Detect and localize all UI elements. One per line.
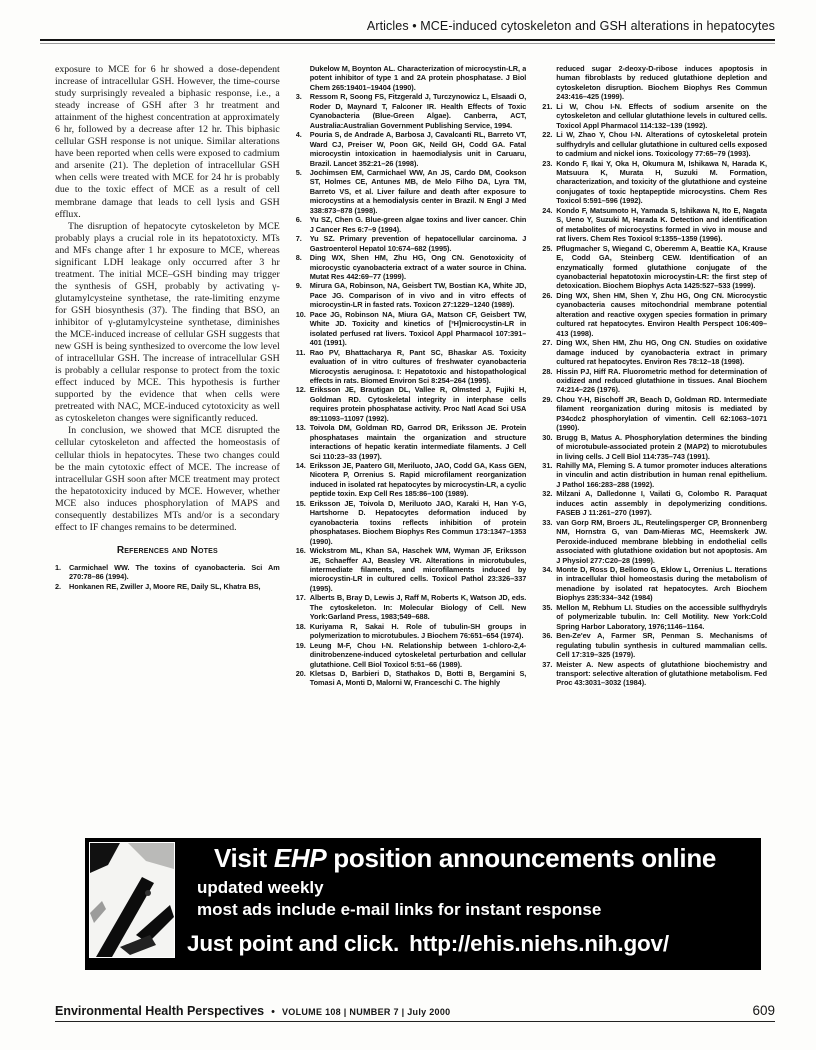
reference-text: Leung M-F, Chou I-N. Relationship betwee… — [310, 641, 527, 669]
reference-number: 14. — [296, 461, 310, 499]
page-number: 609 — [752, 1003, 775, 1018]
reference-text: Milzani A, Dalledonne I, Vailati G, Colo… — [556, 489, 767, 517]
pen-photo — [90, 843, 174, 957]
reference-number: 32. — [542, 489, 556, 517]
reference-item: 17. Alberts B, Bray D, Lewis J, Raff M, … — [296, 593, 527, 621]
header-rule-shadow — [40, 43, 775, 44]
reference-number: 21. — [542, 102, 556, 130]
reference-text: Yu SZ. Primary prevention of hepatocellu… — [310, 234, 527, 253]
reference-number: 2. — [55, 582, 69, 591]
reference-item: 13. Toivola DM, Goldman RD, Garrod DR, E… — [296, 423, 527, 461]
reference-number: 27. — [542, 338, 556, 366]
reference-item: 27. Ding WX, Shen HM, Zhu HG, Ong CN. St… — [542, 338, 767, 366]
reference-item: 32. Milzani A, Dalledonne I, Vailati G, … — [542, 489, 767, 517]
reference-number: 30. — [542, 433, 556, 461]
reference-text: Li W, Zhao Y, Chou I-N. Alterations of c… — [556, 130, 767, 158]
footer-rule — [55, 1021, 775, 1022]
reference-item: 7. Yu SZ. Primary prevention of hepatoce… — [296, 234, 527, 253]
reference-text: Kondo F, Matsumoto H, Yamada S, Ishikawa… — [556, 206, 767, 244]
ad-headline-pre: Visit — [214, 843, 274, 873]
reference-number: 24. — [542, 206, 556, 244]
reference-number: 28. — [542, 367, 556, 395]
reference-item: 3. Ressom R, Soong FS, Fitzgerald J, Tur… — [296, 92, 527, 130]
reference-text: Ding WX, Shen HM, Shen Y, Zhu HG, Ong CN… — [556, 291, 767, 338]
reference-item: 29. Chou Y-H, Bischoff JR, Beach D, Gold… — [542, 395, 767, 433]
reference-text: Honkanen RE, Zwiller J, Moore RE, Daily … — [69, 582, 280, 591]
reference-text: Pouria S, de Andrade A, Barbosa J, Caval… — [310, 130, 527, 168]
reference-text: Carmichael WW. The toxins of cyanobacter… — [69, 563, 280, 582]
reference-item: 10. Pace JG, Robinson NA, Miura GA, Mats… — [296, 310, 527, 348]
reference-item: 18. Kuriyama R, Sakai H. Role of tubulin… — [296, 622, 527, 641]
reference-number: 10. — [296, 310, 310, 348]
ad-url: http://ehis.niehs.nih.gov/ — [409, 931, 669, 956]
body-paragraph: exposure to MCE for 6 hr showed a dose-d… — [55, 64, 280, 221]
reference-item: 19. Leung M-F, Chou I-N. Relationship be… — [296, 641, 527, 669]
reference-number: 8. — [296, 253, 310, 281]
reference-text: Rao PV, Bhattacharya R, Pant SC, Bhaskar… — [310, 348, 527, 386]
reference-text: Chou Y-H, Bischoff JR, Beach D, Goldman … — [556, 395, 767, 433]
reference-item: 33. van Gorp RM, Broers JL, Reutelingspe… — [542, 518, 767, 565]
reference-item: 23. Kondo F, Ikai Y, Oka H, Okumura M, I… — [542, 159, 767, 206]
ad-subline-2: most ads include e-mail links for instan… — [197, 900, 601, 920]
reference-number: 31. — [542, 461, 556, 489]
reference-item: 4. Pouria S, de Andrade A, Barbosa J, Ca… — [296, 130, 527, 168]
reference-number: 13. — [296, 423, 310, 461]
ad-headline-ehp: EHP — [274, 843, 327, 873]
reference-number — [542, 64, 556, 102]
reference-item: 6. Yu SZ, Chen G. Blue-green algae toxin… — [296, 215, 527, 234]
reference-text: Wickstrom ML, Khan SA, Haschek WM, Wyman… — [310, 546, 527, 593]
reference-text: Ben-Ze'ev A, Farmer SR, Penman S. Mechan… — [556, 631, 767, 659]
reference-number: 37. — [542, 660, 556, 688]
reference-number: 19. — [296, 641, 310, 669]
reference-number: 29. — [542, 395, 556, 433]
reference-text: Li W, Chou I-N. Effects of sodium arseni… — [556, 102, 767, 130]
reference-number: 26. — [542, 291, 556, 338]
reference-text: Kondo F, Ikai Y, Oka H, Okumura M, Ishik… — [556, 159, 767, 206]
journal-name: Environmental Health Perspectives — [55, 1004, 264, 1018]
body-paragraph: In conclusion, we showed that MCE disrup… — [55, 425, 280, 533]
reference-item: 21. Li W, Chou I-N. Effects of sodium ar… — [542, 102, 767, 130]
reference-item: 11. Rao PV, Bhattacharya R, Pant SC, Bha… — [296, 348, 527, 386]
reference-number: 36. — [542, 631, 556, 659]
reference-item: 20. Kletsas D, Barbieri D, Stathakos D, … — [296, 669, 527, 688]
reference-item: 25. Pflugmacher S, Wiegand C, Oberemm A,… — [542, 244, 767, 291]
reference-number: 3. — [296, 92, 310, 130]
reference-number: 20. — [296, 669, 310, 688]
header-rule — [40, 39, 775, 41]
reference-text: Ressom R, Soong FS, Fitzgerald J, Turczy… — [310, 92, 527, 130]
body-column: exposure to MCE for 6 hr showed a dose-d… — [55, 64, 280, 591]
reference-number: 34. — [542, 565, 556, 603]
reference-text: Pace JG, Robinson NA, Miura GA, Matson C… — [310, 310, 527, 348]
reference-number: 15. — [296, 499, 310, 546]
reference-number: 11. — [296, 348, 310, 386]
reference-item: 14. Eriksson JE, Paatero GII, Meriluoto,… — [296, 461, 527, 499]
reference-item: 22. Li W, Zhao Y, Chou I-N. Alterations … — [542, 130, 767, 158]
running-head: Articles • MCE-induced cytoskeleton and … — [40, 19, 775, 33]
reference-item: 8. Ding WX, Shen HM, Zhu HG, Ong CN. Gen… — [296, 253, 527, 281]
page-footer: Environmental Health Perspectives • VOLU… — [55, 1003, 775, 1022]
reference-number: 7. — [296, 234, 310, 253]
reference-item: 9. Mirura GA, Robinson, NA, Geisbert TW,… — [296, 281, 527, 309]
reference-text: Dukelow M, Boynton AL. Characterization … — [310, 64, 527, 92]
reference-number: 23. — [542, 159, 556, 206]
reference-number: 12. — [296, 385, 310, 423]
reference-item: 2. Honkanen RE, Zwiller J, Moore RE, Dai… — [55, 582, 280, 591]
reference-item: 28. Hissin PJ, Hiff RA. Fluorometric met… — [542, 367, 767, 395]
reference-text: Eriksson JE, Brautigan DL, Vallee R, Olm… — [310, 385, 527, 423]
reference-text: Alberts B, Bray D, Lewis J, Raff M, Robe… — [310, 593, 527, 621]
reference-text: Eriksson JE, Toivola D, Meriluoto JAO, K… — [310, 499, 527, 546]
ad-cta-line: Just point and click.http://ehis.niehs.n… — [187, 931, 669, 957]
reference-item: 36. Ben-Ze'ev A, Farmer SR, Penman S. Me… — [542, 631, 767, 659]
reference-item: Dukelow M, Boynton AL. Characterization … — [296, 64, 527, 92]
references-heading: References and Notes — [55, 545, 280, 556]
reference-item: 30. Brugg B, Matus A. Phosphorylation de… — [542, 433, 767, 461]
reference-number: 17. — [296, 593, 310, 621]
reference-number: 1. — [55, 563, 69, 582]
reference-text: Brugg B, Matus A. Phosphorylation determ… — [556, 433, 767, 461]
journal-page: Articles • MCE-induced cytoskeleton and … — [0, 0, 816, 1050]
reference-number: 33. — [542, 518, 556, 565]
reference-text: Pflugmacher S, Wiegand C, Oberemm A, Bea… — [556, 244, 767, 291]
body-text: exposure to MCE for 6 hr showed a dose-d… — [55, 64, 280, 534]
reference-text: Mirura GA, Robinson, NA, Geisbert TW, Bo… — [310, 281, 527, 309]
reference-number: 6. — [296, 215, 310, 234]
reference-text: Ding WX, Shen HM, Zhu HG, Ong CN. Studie… — [556, 338, 767, 366]
reference-text: Eriksson JE, Paatero GII, Meriluoto, JAO… — [310, 461, 527, 499]
volume-issue-date: VOLUME 108 | NUMBER 7 | July 2000 — [282, 1007, 451, 1017]
reference-item: 1. Carmichael WW. The toxins of cyanobac… — [55, 563, 280, 582]
reference-item: 15. Eriksson JE, Toivola D, Meriluoto JA… — [296, 499, 527, 546]
reference-number — [296, 64, 310, 92]
reference-text: Toivola DM, Goldman RD, Garrod DR, Eriks… — [310, 423, 527, 461]
reference-number: 22. — [542, 130, 556, 158]
ad-headline-post: position announcements online — [326, 843, 716, 873]
reference-text: Kletsas D, Barbieri D, Stathakos D, Bott… — [310, 669, 527, 688]
reference-text: Meister A. New aspects of glutathione bi… — [556, 660, 767, 688]
reference-number: 18. — [296, 622, 310, 641]
reference-number: 16. — [296, 546, 310, 593]
reference-item: 37. Meister A. New aspects of glutathion… — [542, 660, 767, 688]
pen-photo-graphic — [90, 843, 174, 957]
text-columns: exposure to MCE for 6 hr showed a dose-d… — [55, 64, 767, 688]
reference-text: reduced sugar 2-deoxy-D-ribose induces a… — [556, 64, 767, 102]
reference-item: 5. Jochimsen EM, Carmichael WW, An JS, C… — [296, 168, 527, 215]
reference-item: 34. Monte D, Ross D, Bellomo G, Eklow L,… — [542, 565, 767, 603]
reference-number: 35. — [542, 603, 556, 631]
reference-text: Ding WX, Shen HM, Zhu HG, Ong CN. Genoto… — [310, 253, 527, 281]
reference-text: Yu SZ, Chen G. Blue-green algae toxins a… — [310, 215, 527, 234]
reference-text: Rahilly MA, Fleming S. A tumor promoter … — [556, 461, 767, 489]
ad-subline-1: updated weekly — [197, 878, 324, 898]
reference-text: Hissin PJ, Hiff RA. Fluorometric method … — [556, 367, 767, 395]
ehp-ad-banner: Visit EHP position announcements online … — [85, 838, 761, 970]
ad-cta-text: Just point and click. — [187, 931, 399, 956]
reference-number: 5. — [296, 168, 310, 215]
body-paragraph: The disruption of hepatocyte cytoskeleto… — [55, 221, 280, 426]
reference-item: 24. Kondo F, Matsumoto H, Yamada S, Ishi… — [542, 206, 767, 244]
reference-number: 25. — [542, 244, 556, 291]
references-column-3: reduced sugar 2-deoxy-D-ribose induces a… — [542, 64, 767, 688]
reference-item: 16. Wickstrom ML, Khan SA, Haschek WM, W… — [296, 546, 527, 593]
reference-number: 4. — [296, 130, 310, 168]
reference-item: 35. Mellon M, Rebhum LI. Studies on the … — [542, 603, 767, 631]
reference-item: 26. Ding WX, Shen HM, Shen Y, Zhu HG, On… — [542, 291, 767, 338]
footer-bullet: • — [271, 1006, 275, 1018]
references-column-1: 1. Carmichael WW. The toxins of cyanobac… — [55, 563, 280, 591]
reference-text: Monte D, Ross D, Bellomo G, Eklow L, Orr… — [556, 565, 767, 603]
reference-item: reduced sugar 2-deoxy-D-ribose induces a… — [542, 64, 767, 102]
reference-item: 12. Eriksson JE, Brautigan DL, Vallee R,… — [296, 385, 527, 423]
reference-number: 9. — [296, 281, 310, 309]
reference-text: Kuriyama R, Sakai H. Role of tubulin-SH … — [310, 622, 527, 641]
references-column-2: Dukelow M, Boynton AL. Characterization … — [296, 64, 527, 688]
ad-headline: Visit EHP position announcements online — [180, 843, 750, 874]
reference-text: Mellon M, Rebhum LI. Studies on the acce… — [556, 603, 767, 631]
reference-item: 31. Rahilly MA, Fleming S. A tumor promo… — [542, 461, 767, 489]
reference-text: Jochimsen EM, Carmichael WW, An JS, Card… — [310, 168, 527, 215]
reference-text: van Gorp RM, Broers JL, Reutelingsperger… — [556, 518, 767, 565]
